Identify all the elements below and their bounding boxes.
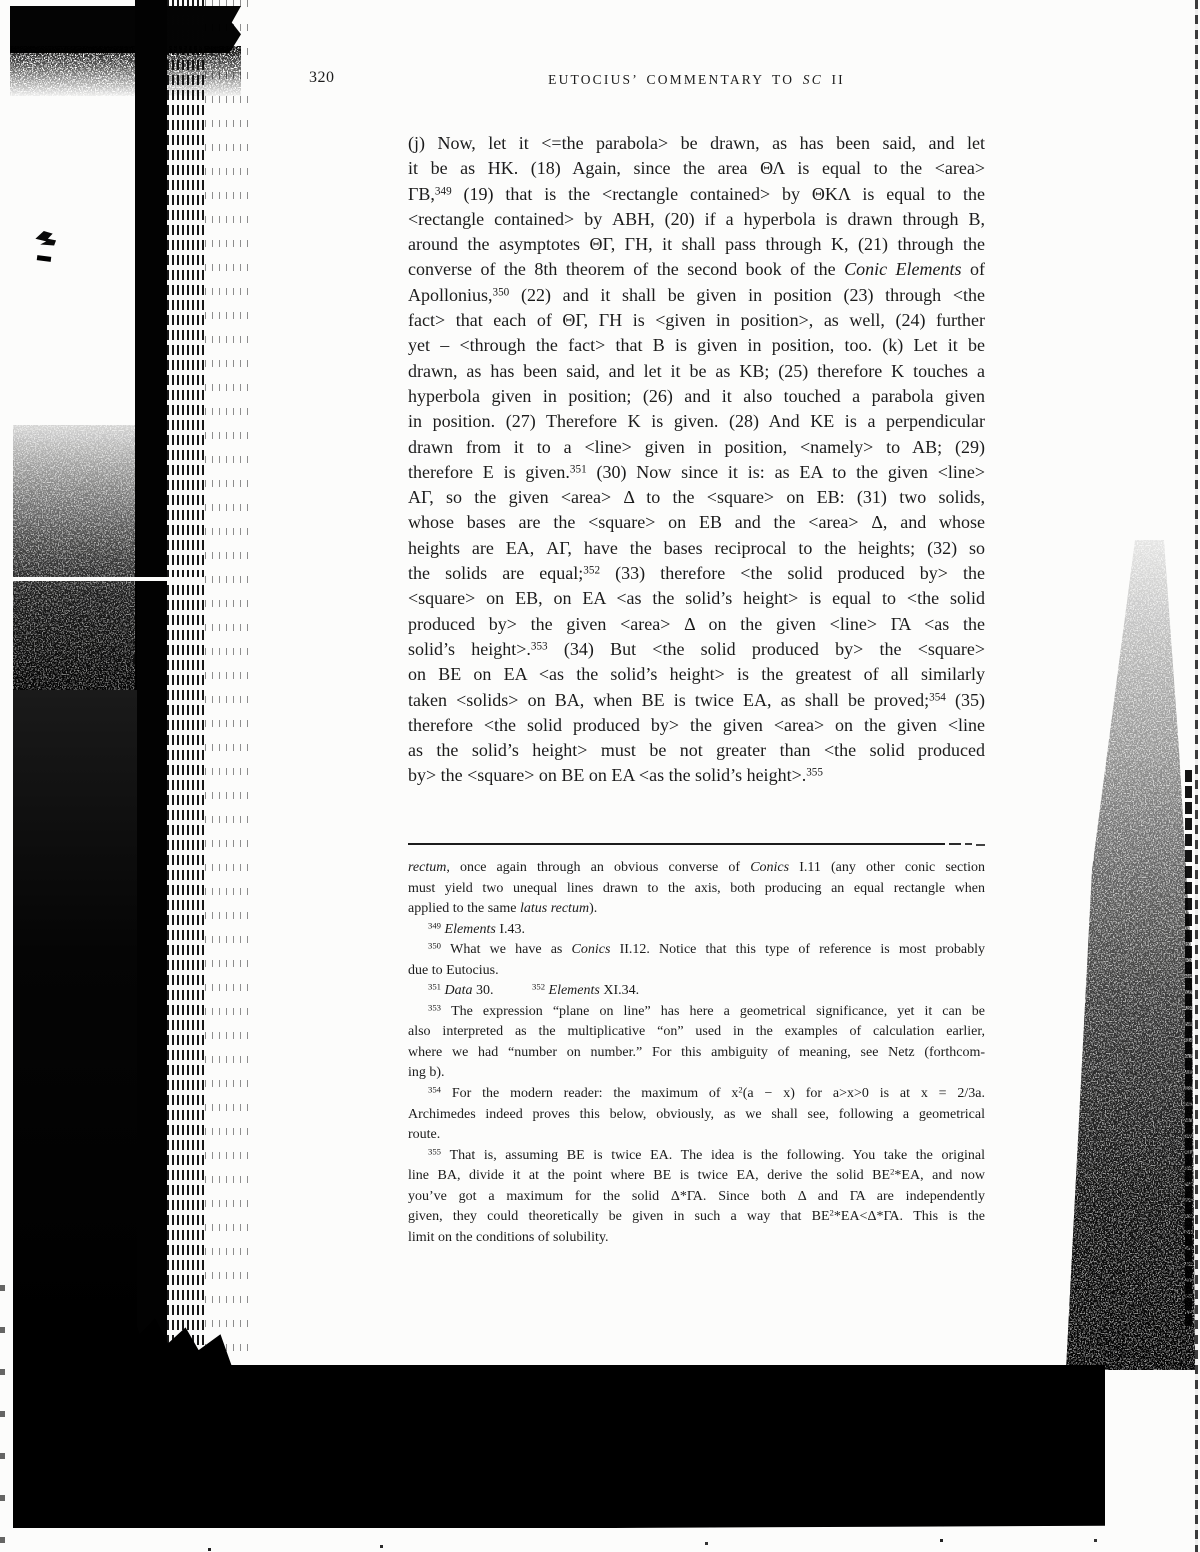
body-line: it be as HK. (18) Again, since the area … <box>408 156 985 181</box>
scan-artifact-top-left-block <box>10 6 241 53</box>
text-segment: by> the <square> on BE on EA <as the sol… <box>408 765 806 785</box>
body-line: drawn, as has been said, and let it be a… <box>408 359 985 384</box>
text-segment: II.12. Notice that this type of referenc… <box>610 942 985 957</box>
text-segment: XI.34. <box>600 983 639 998</box>
text-segment: EUTOCIUS’ COMMENTARY TO <box>548 72 803 87</box>
body-line: hyperbola given in position; (26) and it… <box>408 384 985 409</box>
text-segment: That is, assuming BE is twice EA. The id… <box>441 1148 985 1163</box>
running-head-line: EUTOCIUS’ COMMENTARY TO SC II <box>408 72 985 88</box>
text-segment: it be as HK. (18) Again, since the area … <box>408 158 985 178</box>
text-segment <box>494 983 533 998</box>
text-segment: drawn from it to a <line> given in posit… <box>408 437 985 457</box>
text-segment: due to Eutocius. <box>408 963 499 978</box>
footnote-separator-rule-dash <box>965 843 972 845</box>
text-segment: limit on the conditions of solubility. <box>408 1230 609 1245</box>
footnote-line: 351 Data 30. 352 Elements XI.34. <box>408 981 985 1002</box>
body-line: by> the <square> on BE on EA <as the sol… <box>408 763 985 788</box>
text-segment: (34) But <the solid produced by> the <sq… <box>548 639 985 659</box>
text-segment: yet – <through the fact> that B is given… <box>408 335 985 355</box>
footnote-line: applied to the same latus rectum). <box>408 899 985 920</box>
italic-text: Elements <box>549 983 600 998</box>
body-line: around the asymptotes ΘΓ, ΓΗ, it shall p… <box>408 232 985 257</box>
text-segment: route. <box>408 1127 440 1142</box>
body-line: ΑΓ, so the given <area> Δ to the <square… <box>408 485 985 510</box>
text-segment: Archimedes indeed proves this below, obv… <box>408 1107 985 1122</box>
footnote-separator-rule-dash <box>976 844 985 846</box>
footnote-ref: 349 <box>435 185 452 197</box>
text-segment: applied to the same <box>408 901 520 916</box>
scan-artifact-bottom-black-band <box>13 1300 1105 1528</box>
text-segment: (35) <box>946 690 985 710</box>
body-line: (j) Now, let it <=the parabola> be drawn… <box>408 131 985 156</box>
text-segment: also interpreted as the multiplicative “… <box>408 1024 985 1039</box>
text-segment: II <box>823 72 845 87</box>
scan-artifact-right-speckle-wedge <box>1040 540 1195 1370</box>
text-segment: The expression “plane on line” has here … <box>441 1004 985 1019</box>
footnotes-block: rectum, once again through an obvious co… <box>408 858 985 1248</box>
text-segment: converse of the 8th theorem of the secon… <box>408 259 844 279</box>
body-line: on BE on EA <as the solid’s height> is t… <box>408 662 985 687</box>
footnote-line: must yield two unequal lines drawn to th… <box>408 879 985 900</box>
page-number: 320 <box>309 69 335 87</box>
text-segment: ΑΓ, so the given <area> Δ to the <square… <box>408 487 985 507</box>
text-segment: ing b). <box>408 1065 445 1080</box>
footnote-line: route. <box>408 1125 985 1146</box>
italic-text: rectum <box>408 860 446 875</box>
text-segment: (a − x) for a>x>0 is at x = 2/3a. <box>743 1086 985 1101</box>
footnote-ref: 354 <box>929 691 946 703</box>
body-line: <rectangle contained> by ΑΒΗ, (20) if a … <box>408 207 985 232</box>
text-segment: of <box>962 259 985 279</box>
scan-artifact-left-gradient-speckle <box>13 425 137 705</box>
footnote-line: 353 The expression “plane on line” has h… <box>408 1002 985 1023</box>
text-segment: (30) Now since it is: as EA to the given… <box>587 462 985 482</box>
footnote-line: rectum, once again through an obvious co… <box>408 858 985 879</box>
text-segment: fact> that each of ΘΓ, ΓΗ is <given in p… <box>408 310 985 330</box>
text-segment: whose bases are the <square> on EB and t… <box>408 512 985 532</box>
text-segment: you’ve got a maximum for the solid Δ*ΓΑ.… <box>408 1189 985 1204</box>
text-segment: , once again through an obvious converse… <box>446 860 750 875</box>
text-segment: What we have as <box>441 942 572 957</box>
footnote-ref: 353 <box>428 1003 441 1013</box>
text-segment: given, they could theoretically be given… <box>408 1209 830 1224</box>
text-segment: ΓΒ, <box>408 184 435 204</box>
scan-artifact-top-left-speckle <box>10 46 241 96</box>
footnote-line: limit on the conditions of solubility. <box>408 1228 985 1249</box>
text-segment: around the asymptotes ΘΓ, ΓΗ, it shall p… <box>408 234 985 254</box>
body-line: converse of the 8th theorem of the secon… <box>408 257 985 282</box>
scan-artifact-left-streaks-dense <box>167 0 205 1408</box>
text-segment: heights are EA, ΑΓ, have the bases recip… <box>408 538 985 558</box>
text-segment: 30. <box>473 983 494 998</box>
body-line: in position. (27) Therefore K is given. … <box>408 409 985 434</box>
footnote-line: given, they could theoretically be given… <box>408 1207 985 1228</box>
text-segment: <rectangle contained> by ΑΒΗ, (20) if a … <box>408 209 985 229</box>
scan-artifact-ink-blob <box>33 231 57 257</box>
text-segment: ). <box>589 901 597 916</box>
text-segment: (j) Now, let it <=the parabola> be drawn… <box>408 133 985 153</box>
footnote-ref: 352 <box>583 564 600 576</box>
footnote-line: also interpreted as the multiplicative “… <box>408 1022 985 1043</box>
footnote-line: line BA, divide it at the point where BE… <box>408 1166 985 1187</box>
text-segment: *EA, and now <box>894 1168 985 1183</box>
text-segment: Apollonius, <box>408 285 493 305</box>
text-segment: must yield two unequal lines drawn to th… <box>408 881 985 896</box>
body-line: fact> that each of ΘΓ, ΓΗ is <given in p… <box>408 308 985 333</box>
body-line: solid’s height>.353 (34) But <the solid … <box>408 637 985 662</box>
text-segment: solid’s height>. <box>408 639 531 659</box>
text-segment: (33) therefore <the solid produced by> t… <box>600 563 985 583</box>
body-line: therefore E is given.351 (30) Now since … <box>408 460 985 485</box>
footnote-ref: 355 <box>806 767 823 779</box>
footnote-line: 349 Elements I.43. <box>408 920 985 941</box>
italic-text: Data <box>445 983 473 998</box>
text-segment: in position. (27) Therefore K is given. … <box>408 411 985 431</box>
footnote-ref: 354 <box>428 1085 441 1095</box>
text-segment: taken <solids> on BA, when BE is twice E… <box>408 690 929 710</box>
footnote-line: 355 That is, assuming BE is twice EA. Th… <box>408 1146 985 1167</box>
body-line: as the solid’s height> must be not great… <box>408 738 985 763</box>
body-line: <square> on EB, on EA <as the solid’s he… <box>408 586 985 611</box>
footnote-ref: 352 <box>532 982 545 992</box>
footnote-line: 350 What we have as Conics II.12. Notice… <box>408 940 985 961</box>
scan-artifact-right-inner-line <box>1185 770 1192 1330</box>
body-line: heights are EA, ΑΓ, have the bases recip… <box>408 536 985 561</box>
text-segment: (22) and it shall be given in position (… <box>509 285 985 305</box>
text-segment: produced by> the given <area> Δ on the g… <box>408 614 985 634</box>
body-line: produced by> the given <area> Δ on the g… <box>408 612 985 637</box>
text-segment: where we had “number on number.” For thi… <box>408 1045 985 1060</box>
footnote-line: you’ve got a maximum for the solid Δ*ΓΑ.… <box>408 1187 985 1208</box>
italic-text: SC <box>803 72 823 87</box>
scan-artifact-ink-blob-tail <box>37 255 52 262</box>
footnote-line: Archimedes indeed proves this below, obv… <box>408 1105 985 1126</box>
text-segment: on BE on EA <as the solid’s height> is t… <box>408 664 985 684</box>
footnote-ref: 351 <box>570 463 587 475</box>
scanned-book-page: 320 EUTOCIUS’ COMMENTARY TO SC II (j) No… <box>0 0 1200 1552</box>
body-line: whose bases are the <square> on EB and t… <box>408 510 985 535</box>
scan-artifact-left-streaks-sparse <box>205 0 253 1408</box>
running-head: EUTOCIUS’ COMMENTARY TO SC II <box>408 72 985 88</box>
text-segment: line BA, divide it at the point where BE… <box>408 1168 890 1183</box>
scan-artifact-left-black-band <box>135 0 167 1405</box>
footnote-ref: 350 <box>428 941 441 951</box>
text-segment: I.11 (any other conic section <box>789 860 985 875</box>
text-segment: therefore <the solid produced by> the gi… <box>408 715 985 735</box>
scan-artifact-white-gap-line <box>0 577 205 581</box>
body-line: ΓΒ,349 (19) that is the <rectangle conta… <box>408 182 985 207</box>
scan-artifact-left-margin-ticks <box>0 1285 5 1552</box>
italic-text: Conic Elements <box>844 259 961 279</box>
italic-text: latus rectum <box>520 901 589 916</box>
text-segment: as the solid’s height> must be not great… <box>408 740 985 760</box>
italic-text: Elements <box>445 922 496 937</box>
footnote-ref: 350 <box>493 286 510 298</box>
footnote-ref: 351 <box>428 982 441 992</box>
italic-text: Conics <box>750 860 789 875</box>
text-segment: hyperbola given in position; (26) and it… <box>408 386 985 406</box>
body-line: drawn from it to a <line> given in posit… <box>408 435 985 460</box>
footnote-separator-rule-dash <box>949 843 961 845</box>
body-line: yet – <through the fact> that B is given… <box>408 333 985 358</box>
scan-artifact-right-edge-line <box>1195 0 1198 1552</box>
footnote-line: 354 For the modern reader: the maximum o… <box>408 1084 985 1105</box>
footnote-line: where we had “number on number.” For thi… <box>408 1043 985 1064</box>
text-segment: *EA<Δ*ΓΑ. This is the <box>834 1209 985 1224</box>
body-line: Apollonius,350 (22) and it shall be give… <box>408 283 985 308</box>
body-line: therefore <the solid produced by> the gi… <box>408 713 985 738</box>
text-segment: the solids are equal; <box>408 563 583 583</box>
footnote-ref: 355 <box>428 1146 441 1156</box>
text-segment: drawn, as has been said, and let it be a… <box>408 361 985 381</box>
italic-text: Conics <box>572 942 611 957</box>
main-text-paragraph: (j) Now, let it <=the parabola> be drawn… <box>408 131 985 789</box>
footnote-ref: 353 <box>531 640 548 652</box>
scan-artifact-bottom-specks <box>380 1545 383 1548</box>
body-line: taken <solids> on BA, when BE is twice E… <box>408 688 985 713</box>
text-segment: (19) that is the <rectangle contained> b… <box>452 184 985 204</box>
text-segment: <square> on EB, on EA <as the solid’s he… <box>408 588 985 608</box>
footnote-ref: 349 <box>428 920 441 930</box>
footnote-separator-rule <box>408 843 945 845</box>
text-segment: For the modern reader: the maximum of x <box>441 1086 738 1101</box>
text-segment: therefore E is given. <box>408 462 570 482</box>
scan-artifact-left-solid-column <box>13 690 137 1340</box>
footnote-line: due to Eutocius. <box>408 961 985 982</box>
footnote-line: ing b). <box>408 1063 985 1084</box>
text-segment: I.43. <box>496 922 525 937</box>
body-line: the solids are equal;352 (33) therefore … <box>408 561 985 586</box>
